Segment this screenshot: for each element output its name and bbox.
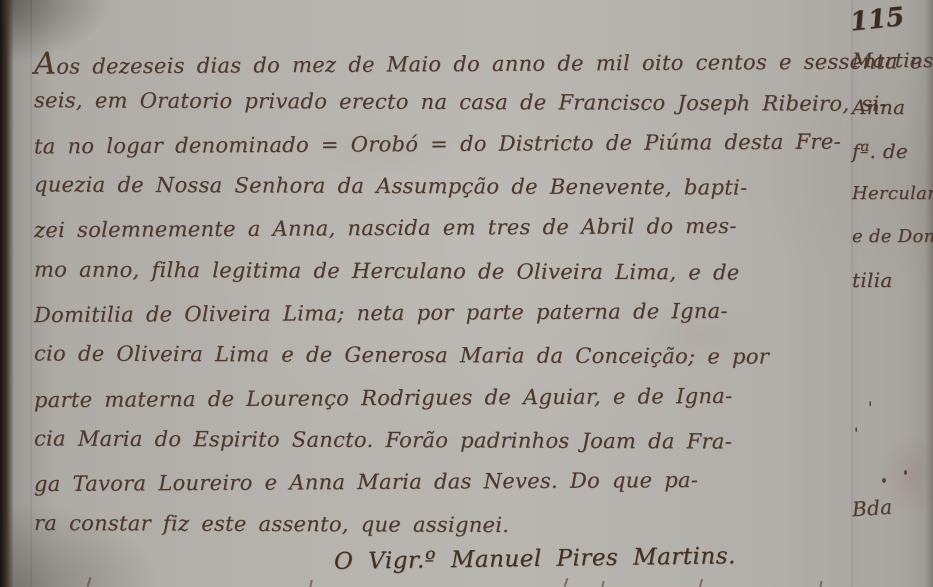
fold-crease-left [30,0,32,587]
margin-note: e de Domi- [852,226,933,247]
cut-off-line-stroke [819,581,822,587]
cut-off-line-stroke [699,579,703,587]
record-text-line: Domitilia de Oliveira Lima; neta por par… [34,299,728,327]
margin-note: fª. de [852,139,908,163]
ink-speck [904,470,907,475]
record-text-line: ta no logar denominado = Orobó = do Dist… [34,130,841,159]
cut-off-line-stroke [564,578,569,587]
cut-off-line-stroke [309,580,312,587]
cut-off-line-stroke [601,581,604,587]
record-text-line: parte materna de Lourenço Rodrigues de A… [34,384,733,412]
margin-note: tilia [852,268,893,292]
cut-off-line-stroke [87,577,92,587]
record-text-line: ra constar fiz este assento, que assigne… [34,511,509,537]
record-text-line: ga Tavora Loureiro e Anna Maria das Neve… [34,468,698,496]
priest-signature: O Vigr.º Manuel Pires Martins. [334,543,736,575]
record-text-line: mo anno, filha legitima de Herculano de … [34,257,740,284]
record-text-line: cia Maria do Espirito Sancto. Forão padr… [34,426,732,453]
page-edge-right [925,0,933,587]
binding-edge-shadow [0,0,14,587]
margin-note: Martins [852,48,933,72]
ink-speck [882,478,886,483]
margin-note: Anna [852,95,905,119]
margin-note: Herculano [852,183,933,204]
scanned-baptism-record-page: 115 Aos dezeseis dias do mez de Maio do … [0,0,933,587]
page-number: 115 [849,0,922,37]
record-text-line: cio de Oliveira Lima e de Generosa Maria… [34,341,769,368]
margin-abbreviation: Bda [851,495,893,522]
record-text-line: quezia de Nossa Senhora da Assumpção de … [34,172,748,199]
stray-ink-mark: ' [868,398,872,417]
record-text-line: seis, em Oratorio privado erecto na casa… [34,88,887,116]
stray-ink-mark: ' [854,424,858,443]
record-text-line: zei solemnemente a Anna, nascida em tres… [34,214,737,242]
record-text-line: Aos dezeseis dias do mez de Maio do anno… [34,41,923,81]
